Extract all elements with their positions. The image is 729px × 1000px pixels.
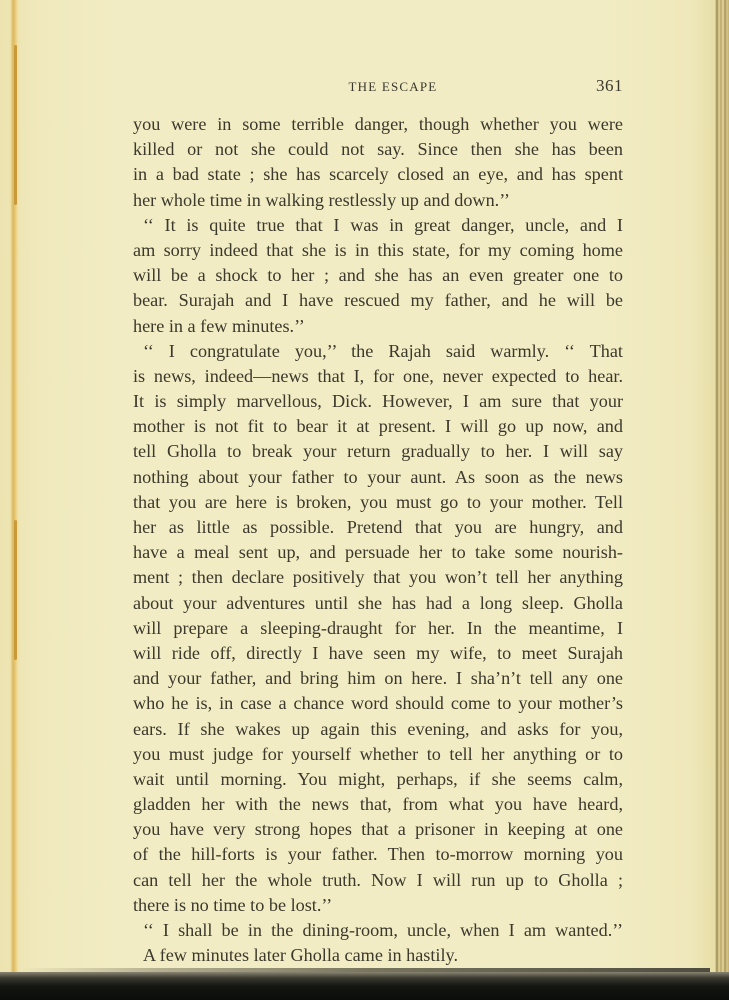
text-line: mother is not fit to bear it at present.… <box>133 414 623 439</box>
text-line: ears. If she wakes up again this evening… <box>133 717 623 742</box>
text-line: you must judge for yourself whether to t… <box>133 742 623 767</box>
text-line: nothing about your father to your aunt. … <box>133 465 623 490</box>
scanner-bottom-edge <box>0 972 729 1000</box>
text-line: bear. Surajah and I have rescued my fath… <box>133 288 623 313</box>
text-line: is news, indeed—news that I, for one, ne… <box>133 364 623 389</box>
text-line: in a bad state ; she has scarcely closed… <box>133 162 623 187</box>
gutter-mark <box>14 520 17 660</box>
text-line: A few minutes later Gholla came in hasti… <box>133 943 623 968</box>
text-line: will be a shock to her ; and she has an … <box>133 263 623 288</box>
text-line: her whole time in walking restlessly up … <box>133 188 623 213</box>
body-text: you were in some terrible danger, though… <box>133 112 623 994</box>
text-line: It is simply marvellous, Dick. However, … <box>133 389 623 414</box>
text-line: can tell her the whole truth. Now I will… <box>133 868 623 893</box>
text-line: you have very strong hopes that a prison… <box>133 817 623 842</box>
page-number: 361 <box>596 76 623 96</box>
text-line: that you are here is broken, you must go… <box>133 490 623 515</box>
text-line: ‘‘ I congratulate you,’’ the Rajah said … <box>133 339 623 364</box>
book-page: THE ESCAPE 361 you were in some terrible… <box>0 0 729 975</box>
text-line: there is no time to be lost.’’ <box>133 893 623 918</box>
page-edges <box>715 0 729 980</box>
running-title: THE ESCAPE <box>133 79 623 95</box>
text-line: ‘‘ I shall be in the dining-room, uncle,… <box>133 918 623 943</box>
text-line: you were in some terrible danger, though… <box>133 112 623 137</box>
text-line: am sorry indeed that she is in this stat… <box>133 238 623 263</box>
text-line: gladden her with the news that, from wha… <box>133 792 623 817</box>
text-line: tell Gholla to break your return gradual… <box>133 439 623 464</box>
text-line: who he is, in case a chance word should … <box>133 691 623 716</box>
text-line: about your adventures until she has had … <box>133 591 623 616</box>
text-line: killed or not she could not say. Since t… <box>133 137 623 162</box>
text-line: of the hill-forts is your father. Then t… <box>133 842 623 867</box>
text-line: her as little as possible. Pretend that … <box>133 515 623 540</box>
text-line: have a meal sent up, and persuade her to… <box>133 540 623 565</box>
text-line: will prepare a sleeping-draught for her.… <box>133 616 623 641</box>
text-line: here in a few minutes.’’ <box>133 314 623 339</box>
text-line: ‘‘ It is quite true that I was in great … <box>133 213 623 238</box>
text-line: ment ; then declare positively that you … <box>133 565 623 590</box>
page-header: THE ESCAPE 361 <box>133 76 623 96</box>
text-line: wait until morning. You might, perhaps, … <box>133 767 623 792</box>
gutter-mark <box>14 45 17 205</box>
text-line: will ride off, directly I have seen my w… <box>133 641 623 666</box>
text-line: and your father, and bring him on here. … <box>133 666 623 691</box>
